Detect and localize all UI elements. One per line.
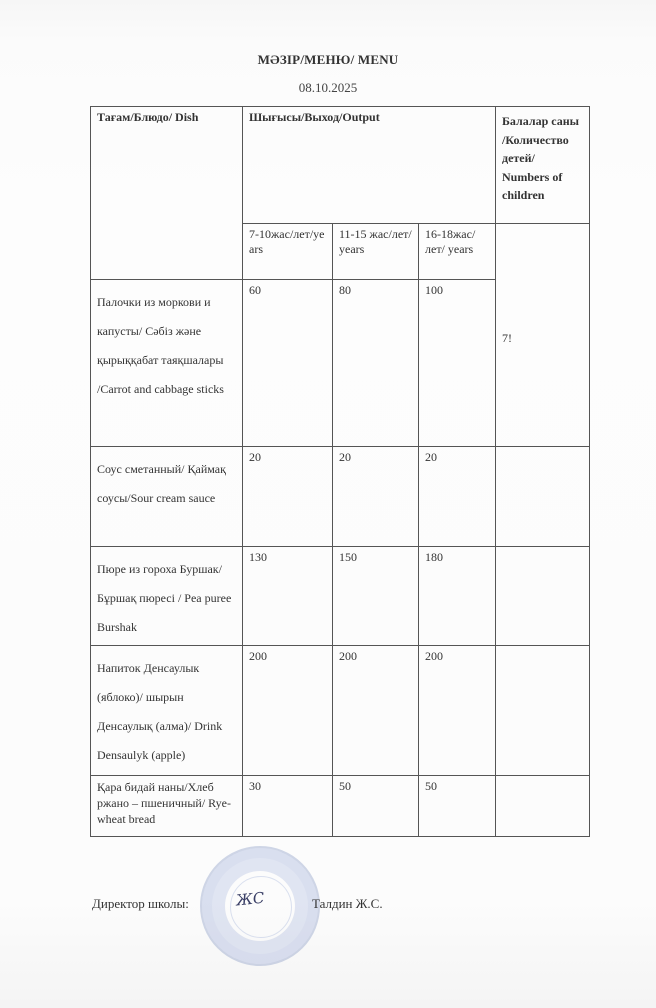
table-row: Пюре из гороха Буршак/ Бұршақ пюресі / P… [91, 547, 590, 646]
header-row: Тағам/Блюдо/ Dish Шығысы/Выход/Output Ба… [91, 107, 590, 224]
header-output: Шығысы/Выход/Output [243, 107, 496, 224]
age-group-16-18: 16-18жас/лет/ years [419, 224, 496, 280]
dish-name: Палочки из моркови и капусты/ Сәбіз және… [91, 280, 243, 447]
output-16-18: 20 [419, 447, 496, 547]
director-signature: ЖС [235, 889, 265, 910]
children-empty [496, 646, 590, 776]
dish-name: Пюре из гороха Буршак/ Бұршақ пюресі / P… [91, 547, 243, 646]
document-title: МӘЗІР/МЕНЮ/ MENU [0, 52, 656, 68]
table-row: Соус сметанный/ Қаймақ соусы/Sour cream … [91, 447, 590, 547]
dish-name: Напиток Денсаулык (яблоко)/ шырын Денсау… [91, 646, 243, 776]
dish-name: Соус сметанный/ Қаймақ соусы/Sour cream … [91, 447, 243, 547]
output-16-18: 180 [419, 547, 496, 646]
header-children: Балалар саны /Количество детей/ Numbers … [496, 107, 590, 224]
output-16-18: 100 [419, 280, 496, 447]
output-11-15: 50 [333, 776, 419, 837]
table-row: Напиток Денсаулык (яблоко)/ шырын Денсау… [91, 646, 590, 776]
menu-table: Тағам/Блюдо/ Dish Шығысы/Выход/Output Ба… [90, 106, 590, 837]
output-16-18: 50 [419, 776, 496, 837]
director-name: Талдин Ж.С. [312, 896, 383, 912]
children-count: 7! [496, 224, 590, 447]
age-group-11-15: 11-15 жас/лет/ years [333, 224, 419, 280]
document-page: МӘЗІР/МЕНЮ/ MENU 08.10.2025 Тағам/Блюдо/… [0, 0, 656, 1008]
table-row: Қара бидай наны/Хлеб ржано – пшеничный/ … [91, 776, 590, 837]
age-group-7-10: 7-10жас/лет/years [243, 224, 333, 280]
children-empty [496, 447, 590, 547]
output-11-15: 80 [333, 280, 419, 447]
children-empty [496, 547, 590, 646]
output-11-15: 20 [333, 447, 419, 547]
output-11-15: 200 [333, 646, 419, 776]
output-7-10: 30 [243, 776, 333, 837]
children-empty [496, 776, 590, 837]
document-date: 08.10.2025 [0, 80, 656, 96]
director-label: Директор школы: [92, 896, 189, 912]
output-7-10: 200 [243, 646, 333, 776]
header-dish: Тағам/Блюдо/ Dish [91, 107, 243, 280]
output-7-10: 130 [243, 547, 333, 646]
output-7-10: 20 [243, 447, 333, 547]
output-16-18: 200 [419, 646, 496, 776]
output-11-15: 150 [333, 547, 419, 646]
dish-name: Қара бидай наны/Хлеб ржано – пшеничный/ … [91, 776, 243, 837]
children-count-value: 7! [502, 331, 512, 345]
output-7-10: 60 [243, 280, 333, 447]
